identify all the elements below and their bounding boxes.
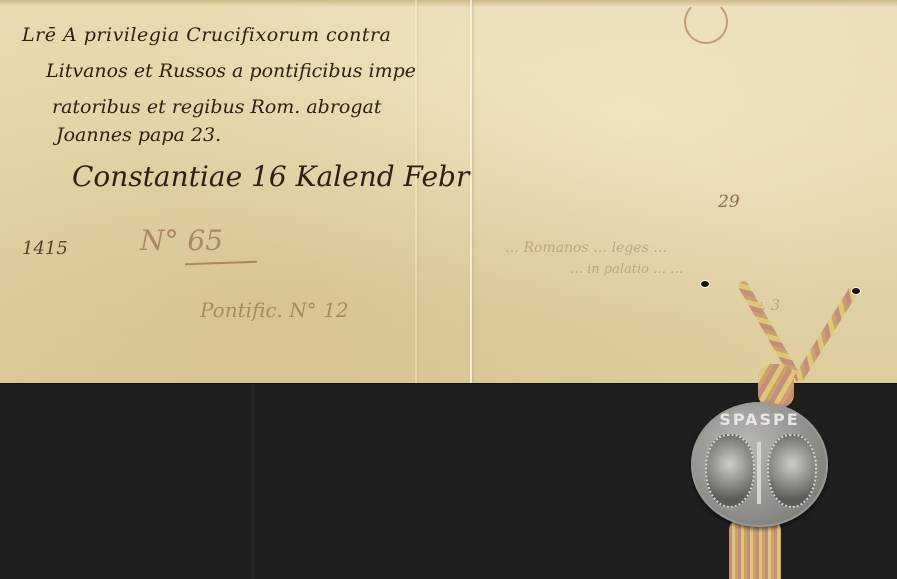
parchment-top-edge [0, 0, 897, 6]
inscription-line-5: Constantiae 16 Kalend Febr [72, 160, 469, 193]
cord-hole-left [700, 280, 710, 288]
number-annotation: N° 65 [140, 224, 223, 257]
right-faint-text-2: … in palatio … … [570, 262, 683, 277]
year-annotation: 1415 [22, 238, 68, 259]
fold-line [470, 0, 472, 383]
seal-face-left-icon [705, 434, 755, 508]
inscription-line-1: Lrē A privilegia Crucifixorum contra [22, 24, 391, 46]
inscription-line-3: ratoribus et regibus Rom. abrogat [52, 96, 382, 118]
inscription-line-4: Joannes papa 23. [56, 124, 221, 146]
lead-seal: SPASPE [691, 402, 828, 527]
cord-tassel [729, 520, 781, 579]
cord-hole-right [851, 287, 861, 295]
seal-legend: SPASPE [691, 410, 828, 429]
pontif-annotation: Pontific. N° 12 [200, 298, 349, 322]
seal-face-right-icon [767, 434, 817, 508]
stain-ring [684, 0, 728, 44]
number-underline [185, 261, 257, 266]
right-faint-text-1: … Romanos … leges … [505, 240, 667, 256]
inscription-line-2: Litvanos et Russos a pontificibus impe [46, 60, 416, 82]
right-note-number: 29 [718, 192, 740, 212]
seal-cross-icon [757, 442, 761, 504]
